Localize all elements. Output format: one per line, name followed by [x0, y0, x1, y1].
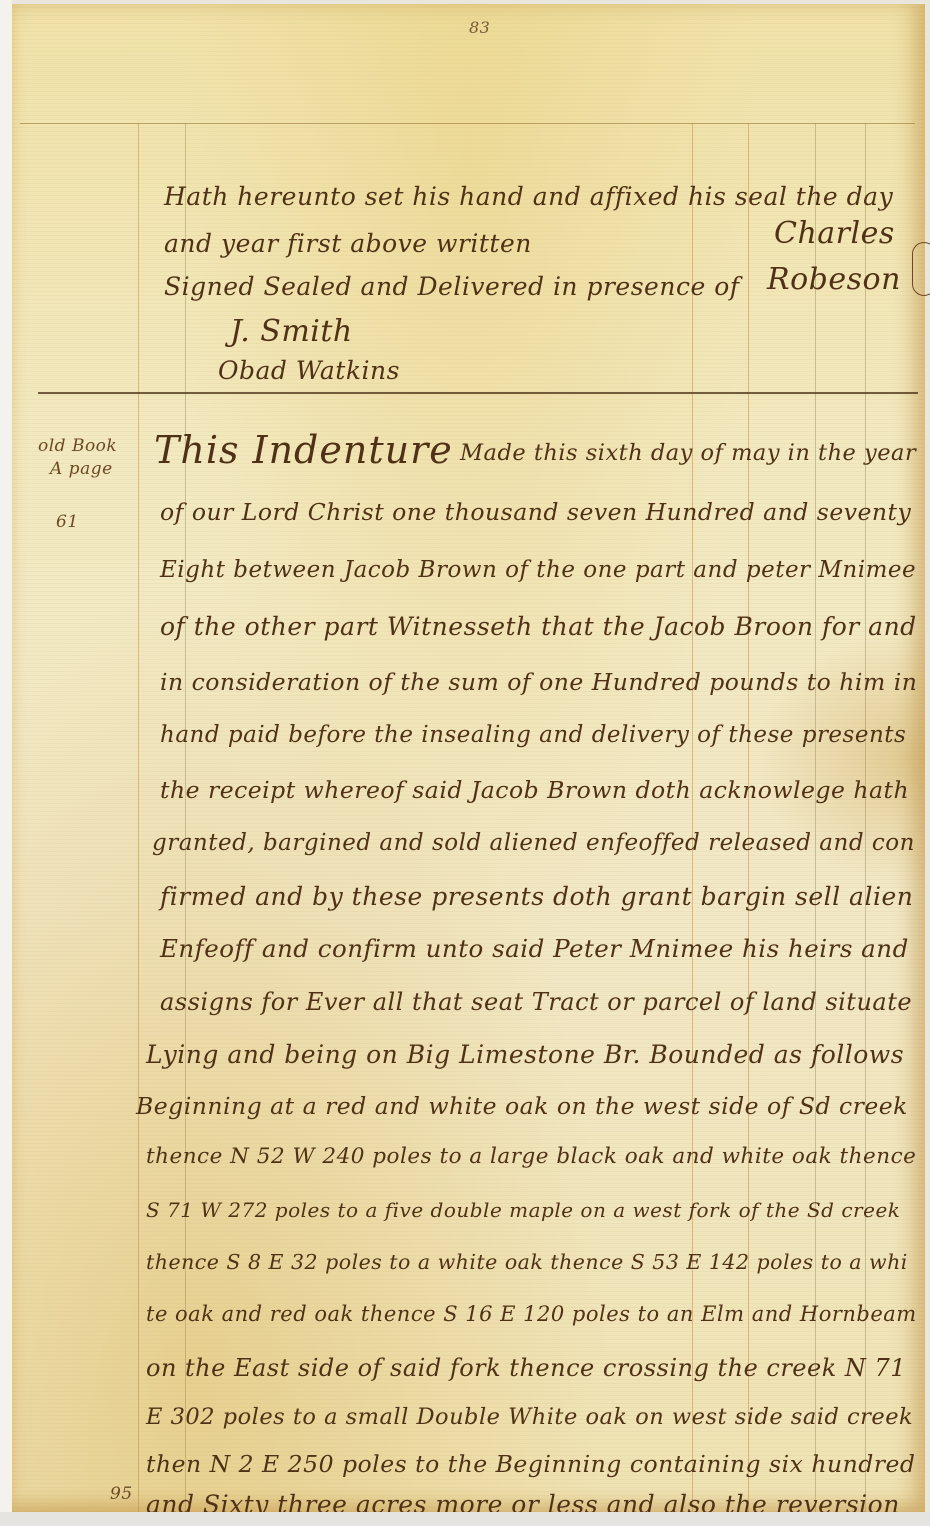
header-rule — [20, 123, 915, 124]
indenture-line-12: Lying and being on Big Limestone Br. Bou… — [146, 1040, 904, 1069]
indenture-line-9: firmed and by these presents doth grant … — [160, 882, 913, 911]
indenture-line-8: granted, bargined and sold aliened enfeo… — [152, 830, 915, 856]
indenture-line-5: in consideration of the sum of one Hundr… — [160, 668, 917, 696]
indenture-line-17: te oak and red oak thence S 16 E 120 pol… — [146, 1302, 917, 1326]
margin-note-a-page: A page — [50, 459, 113, 479]
closing-line-1: Hath hereunto set his hand and affixed h… — [164, 182, 893, 211]
page-number: 83 — [469, 18, 490, 37]
indenture-line-14: thence N 52 W 240 poles to a large black… — [146, 1144, 916, 1169]
indenture-line-2: of our Lord Christ one thousand seven Hu… — [160, 498, 911, 526]
closing-line-3: Signed Sealed and Delivered in presence … — [164, 272, 740, 301]
margin-rule-left — [138, 123, 139, 1518]
indenture-line-6: hand paid before the insealing and deliv… — [160, 722, 906, 748]
indenture-line-16: thence S 8 E 32 poles to a white oak the… — [146, 1250, 908, 1274]
indenture-line-4: of the other part Witnesseth that the Ja… — [160, 612, 917, 641]
page-bottom-edge — [0, 1512, 930, 1526]
witness-1: J. Smith — [230, 314, 353, 349]
indenture-line-13: Beginning at a red and white oak on the … — [136, 1092, 908, 1120]
page-edge — [0, 0, 12, 1526]
indenture-line-15: S 71 W 272 poles to a five double maple … — [146, 1198, 900, 1222]
indenture-line-20: then N 2 E 250 poles to the Beginning co… — [146, 1450, 915, 1478]
signatory-first-name: Charles — [774, 216, 895, 251]
closing-line-2: and year first above written — [164, 229, 532, 258]
margin-note-bottom-ref: 95 — [110, 1484, 133, 1504]
seal-mark-icon — [912, 242, 930, 296]
indenture-line-1: Made this sixth day of may in the year — [460, 440, 916, 466]
section-separator — [38, 392, 918, 394]
signatory-last-name: Robeson — [767, 262, 901, 297]
margin-note-page-ref: 61 — [56, 512, 79, 532]
indenture-line-3: Eight between Jacob Brown of the one par… — [160, 557, 916, 583]
indenture-heading: This Indenture — [154, 428, 453, 472]
ledger-page: 83 Hath hereunto set his hand and affixe… — [12, 4, 925, 1512]
witness-2: Obad Watkins — [218, 356, 400, 385]
indenture-line-18: on the East side of said fork thence cro… — [146, 1354, 906, 1382]
indenture-line-10: Enfeoff and confirm unto said Peter Mnim… — [160, 934, 909, 963]
indenture-line-19: E 302 poles to a small Double White oak … — [146, 1404, 913, 1430]
indenture-line-11: assigns for Ever all that seat Tract or … — [160, 988, 912, 1016]
margin-note-old-book: old Book — [38, 436, 117, 456]
indenture-line-7: the receipt whereof said Jacob Brown dot… — [160, 776, 909, 804]
